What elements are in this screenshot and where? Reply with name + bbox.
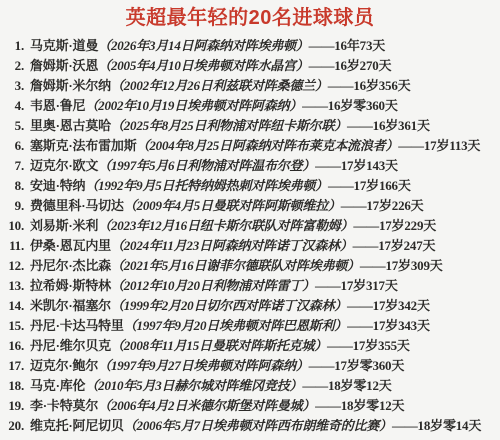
- player-rank: 7.: [0, 156, 24, 176]
- player-name: 米凯尔·福塞尔: [30, 298, 111, 313]
- player-entry: 费德里科·马切达（2009年4月5日曼联对阵阿斯顿维拉）——17岁226天: [30, 196, 423, 216]
- player-name: 詹姆斯·米尔纳: [30, 78, 111, 93]
- player-rank: 1.: [0, 36, 24, 56]
- player-match-info: （1997年5月6日利物浦对阵温布尔登）: [98, 158, 315, 173]
- player-name: 马克·库伦: [30, 378, 85, 393]
- player-rank: 2.: [0, 56, 24, 76]
- list-item: 12. 丹尼尔·杰比森（2021年5月16日谢菲尔德联队对阵埃弗顿）——17岁3…: [0, 256, 500, 276]
- player-age: ——17岁355天: [327, 338, 410, 353]
- player-name: 塞斯克·法布雷加斯: [30, 138, 137, 153]
- player-entry: 丹尼尔·杰比森（2021年5月16日谢菲尔德联队对阵埃弗顿）——17岁309天: [30, 256, 443, 276]
- page-title: 英超最年轻的20名进球球员: [0, 3, 500, 33]
- list-item: 20. 维克托·阿尼切贝（2006年5月7日埃弗顿对阵西布朗维奇的比赛）——18…: [0, 416, 500, 436]
- player-rank: 17.: [0, 356, 24, 376]
- list-item: 8. 安迪·特纳（1992年9月5日托特纳姆热刺对阵埃弗顿）——17岁166天: [0, 176, 500, 196]
- player-age: ——17岁226天: [341, 198, 424, 213]
- player-entry: 塞斯克·法布雷加斯（2004年8月25日阿森纳对阵布莱克本流浪者）——17岁11…: [30, 136, 480, 156]
- player-match-info: （2010年5月3日赫尔城对阵维冈竞技）: [85, 378, 302, 393]
- player-rank: 4.: [0, 96, 24, 116]
- player-entry: 维克托·阿尼切贝（2006年5月7日埃弗顿对阵西布朗维奇的比赛）——18岁零14…: [30, 416, 481, 436]
- player-match-info: （2008年11月15日曼联对阵斯托克城）: [111, 338, 327, 353]
- list-item: 5. 里奥·恩古莫哈（2025年8月25日利物浦对阵纽卡斯尔联）——16岁361…: [0, 116, 500, 136]
- player-age: ——18岁零12天: [315, 398, 404, 413]
- player-age: ——16岁356天: [328, 78, 411, 93]
- player-match-info: （2025年8月25日利物浦对阵纽卡斯尔联）: [111, 118, 347, 133]
- player-entry: 米凯尔·福塞尔（1999年2月20日切尔西对阵诺丁汉森林）——17岁342天: [30, 296, 430, 316]
- player-match-info: （1992年9月5日托特纳姆热刺对阵埃弗顿）: [85, 178, 328, 193]
- player-rank: 14.: [0, 296, 24, 316]
- player-entry: 刘易斯·米利（2023年12月16日纽卡斯尔联队对阵富勒姆）——17岁229天: [30, 216, 436, 236]
- player-entry: 丹尼·维尔贝克（2008年11月15日曼联对阵斯托克城）——17岁355天: [30, 336, 410, 356]
- player-entry: 詹姆斯·沃恩（2005年4月10日埃弗顿对阵水晶宫）——16岁270天: [30, 56, 391, 76]
- player-entry: 丹尼·卡达马特里（1997年9月20日埃弗顿对阵巴恩斯利）——17岁343天: [30, 316, 430, 336]
- player-match-info: （2021年5月16日谢菲尔德联队对阵埃弗顿）: [111, 258, 360, 273]
- player-rank: 3.: [0, 76, 24, 96]
- player-match-info: （2026年3月14日阿森纳对阵埃弗顿）: [98, 38, 309, 53]
- player-rank: 5.: [0, 116, 24, 136]
- player-name: 伊桑·恩瓦内里: [30, 238, 111, 253]
- player-match-info: （2012年10月20日利物浦对阵雷丁）: [111, 278, 315, 293]
- player-age: ——17岁309天: [360, 258, 443, 273]
- player-entry: 詹姆斯·米尔纳（2002年12月26日利兹联对阵桑德兰）——16岁356天: [30, 76, 410, 96]
- player-age: ——16岁361天: [347, 118, 430, 133]
- player-match-info: （2009年4月5日曼联对阵阿斯顿维拉）: [124, 198, 341, 213]
- player-age: ——17岁229天: [353, 218, 436, 233]
- player-entry: 迈克尔·欧文（1997年5月6日利物浦对阵温布尔登）——17岁143天: [30, 156, 398, 176]
- player-rank: 13.: [0, 276, 24, 296]
- player-rank: 12.: [0, 256, 24, 276]
- player-match-info: （2002年10月19日埃弗顿对阵阿森纳）: [85, 98, 302, 113]
- list-item: 2. 詹姆斯·沃恩（2005年4月10日埃弗顿对阵水晶宫）——16岁270天: [0, 56, 500, 76]
- player-entry: 伊桑·恩瓦内里（2024年11月23日阿森纳对阵诺丁汉森林）——17岁247天: [30, 236, 435, 256]
- list-item: 10. 刘易斯·米利（2023年12月16日纽卡斯尔联队对阵富勒姆）——17岁2…: [0, 216, 500, 236]
- player-name: 詹姆斯·沃恩: [30, 58, 98, 73]
- player-entry: 拉希姆·斯特林（2012年10月20日利物浦对阵雷丁）——17岁317天: [30, 276, 398, 296]
- player-match-info: （1999年2月20日切尔西对阵诺丁汉森林）: [111, 298, 347, 313]
- list-item: 4. 韦恩·鲁尼（2002年10月19日埃弗顿对阵阿森纳）——16岁零360天: [0, 96, 500, 116]
- player-name: 迈克尔·欧文: [30, 158, 98, 173]
- list-item: 11. 伊桑·恩瓦内里（2024年11月23日阿森纳对阵诺丁汉森林）——17岁2…: [0, 236, 500, 256]
- player-name: 李·卡特莫尔: [30, 398, 98, 413]
- player-match-info: （2024年11月23日阿森纳对阵诺丁汉森林）: [111, 238, 353, 253]
- list-item: 3. 詹姆斯·米尔纳（2002年12月26日利兹联对阵桑德兰）——16岁356天: [0, 76, 500, 96]
- list-item: 15. 丹尼·卡达马特里（1997年9月20日埃弗顿对阵巴恩斯利）——17岁34…: [0, 316, 500, 336]
- player-match-info: （1997年9月20日埃弗顿对阵巴恩斯利）: [124, 318, 347, 333]
- list-item: 7. 迈克尔·欧文（1997年5月6日利物浦对阵温布尔登）——17岁143天: [0, 156, 500, 176]
- player-rank: 8.: [0, 176, 24, 196]
- list-item: 14. 米凯尔·福塞尔（1999年2月20日切尔西对阵诺丁汉森林）——17岁34…: [0, 296, 500, 316]
- player-rank: 6.: [0, 136, 24, 156]
- player-match-info: （2002年12月26日利兹联对阵桑德兰）: [111, 78, 328, 93]
- player-entry: 迈克尔·鲍尔（1997年9月27日埃弗顿对阵阿森纳）——17岁零360天: [30, 356, 404, 376]
- player-match-info: （1997年9月27日埃弗顿对阵阿森纳）: [98, 358, 309, 373]
- player-age: ——17岁零360天: [309, 358, 405, 373]
- player-match-info: （2004年8月25日阿森纳对阵布莱克本流浪者）: [137, 138, 399, 153]
- player-age: ——16年73天: [309, 38, 385, 53]
- player-match-info: （2006年5月7日埃弗顿对阵西布朗维奇的比赛）: [124, 418, 392, 433]
- player-rank: 9.: [0, 196, 24, 216]
- player-age: ——17岁317天: [315, 278, 398, 293]
- player-rank: 19.: [0, 396, 24, 416]
- player-entry: 马克·库伦（2010年5月3日赫尔城对阵维冈竞技）——18岁零12天: [30, 376, 392, 396]
- player-name: 安迪·特纳: [30, 178, 85, 193]
- player-age: ——17岁342天: [347, 298, 430, 313]
- player-rank: 10.: [0, 216, 24, 236]
- player-name: 维克托·阿尼切贝: [30, 418, 124, 433]
- player-match-info: （2023年12月16日纽卡斯尔联队对阵富勒姆）: [98, 218, 353, 233]
- player-age: ——18岁零14天: [392, 418, 481, 433]
- player-match-info: （2005年4月10日埃弗顿对阵水晶宫）: [98, 58, 309, 73]
- player-name: 费德里科·马切达: [30, 198, 124, 213]
- player-name: 韦恩·鲁尼: [30, 98, 85, 113]
- player-name: 拉希姆·斯特林: [30, 278, 111, 293]
- list-item: 19. 李·卡特莫尔（2006年4月2日米德尔斯堡对阵曼城）——18岁零12天: [0, 396, 500, 416]
- list-item: 6. 塞斯克·法布雷加斯（2004年8月25日阿森纳对阵布莱克本流浪者）——17…: [0, 136, 500, 156]
- player-name: 里奥·恩古莫哈: [30, 118, 111, 133]
- player-rank: 15.: [0, 316, 24, 336]
- player-rank: 11.: [0, 236, 24, 256]
- player-name: 迈克尔·鲍尔: [30, 358, 98, 373]
- list-item: 17. 迈克尔·鲍尔（1997年9月27日埃弗顿对阵阿森纳）——17岁零360天: [0, 356, 500, 376]
- player-entry: 安迪·特纳（1992年9月5日托特纳姆热刺对阵埃弗顿）——17岁166天: [30, 176, 411, 196]
- player-age: ——18岁零12天: [302, 378, 391, 393]
- list-item: 16. 丹尼·维尔贝克（2008年11月15日曼联对阵斯托克城）——17岁355…: [0, 336, 500, 356]
- player-rank: 16.: [0, 336, 24, 356]
- player-age: ——17岁143天: [315, 158, 398, 173]
- player-age: ——16岁270天: [309, 58, 392, 73]
- player-name: 丹尼·维尔贝克: [30, 338, 111, 353]
- player-name: 丹尼尔·杰比森: [30, 258, 111, 273]
- player-entry: 李·卡特莫尔（2006年4月2日米德尔斯堡对阵曼城）——18岁零12天: [30, 396, 404, 416]
- player-age: ——17岁113天: [398, 138, 480, 153]
- player-entry: 马克斯·道曼（2026年3月14日阿森纳对阵埃弗顿）——16年73天: [30, 36, 385, 56]
- player-match-info: （2006年4月2日米德尔斯堡对阵曼城）: [98, 398, 315, 413]
- player-age: ——17岁166天: [328, 178, 411, 193]
- player-name: 刘易斯·米利: [30, 218, 98, 233]
- player-list: 1. 马克斯·道曼（2026年3月14日阿森纳对阵埃弗顿）——16年73天 2.…: [0, 36, 500, 436]
- list-item: 13. 拉希姆·斯特林（2012年10月20日利物浦对阵雷丁）——17岁317天: [0, 276, 500, 296]
- article-page: 英超最年轻的20名进球球员 1. 马克斯·道曼（2026年3月14日阿森纳对阵埃…: [0, 0, 500, 440]
- player-name: 马克斯·道曼: [30, 38, 98, 53]
- player-age: ——16岁零360天: [302, 98, 398, 113]
- player-age: ——17岁247天: [353, 238, 436, 253]
- list-item: 9. 费德里科·马切达（2009年4月5日曼联对阵阿斯顿维拉）——17岁226天: [0, 196, 500, 216]
- player-entry: 里奥·恩古莫哈（2025年8月25日利物浦对阵纽卡斯尔联）——16岁361天: [30, 116, 430, 136]
- player-rank: 20.: [0, 416, 24, 436]
- list-item: 18. 马克·库伦（2010年5月3日赫尔城对阵维冈竞技）——18岁零12天: [0, 376, 500, 396]
- player-rank: 18.: [0, 376, 24, 396]
- player-entry: 韦恩·鲁尼（2002年10月19日埃弗顿对阵阿森纳）——16岁零360天: [30, 96, 398, 116]
- player-age: ——17岁343天: [347, 318, 430, 333]
- player-name: 丹尼·卡达马特里: [30, 318, 124, 333]
- list-item: 1. 马克斯·道曼（2026年3月14日阿森纳对阵埃弗顿）——16年73天: [0, 36, 500, 56]
